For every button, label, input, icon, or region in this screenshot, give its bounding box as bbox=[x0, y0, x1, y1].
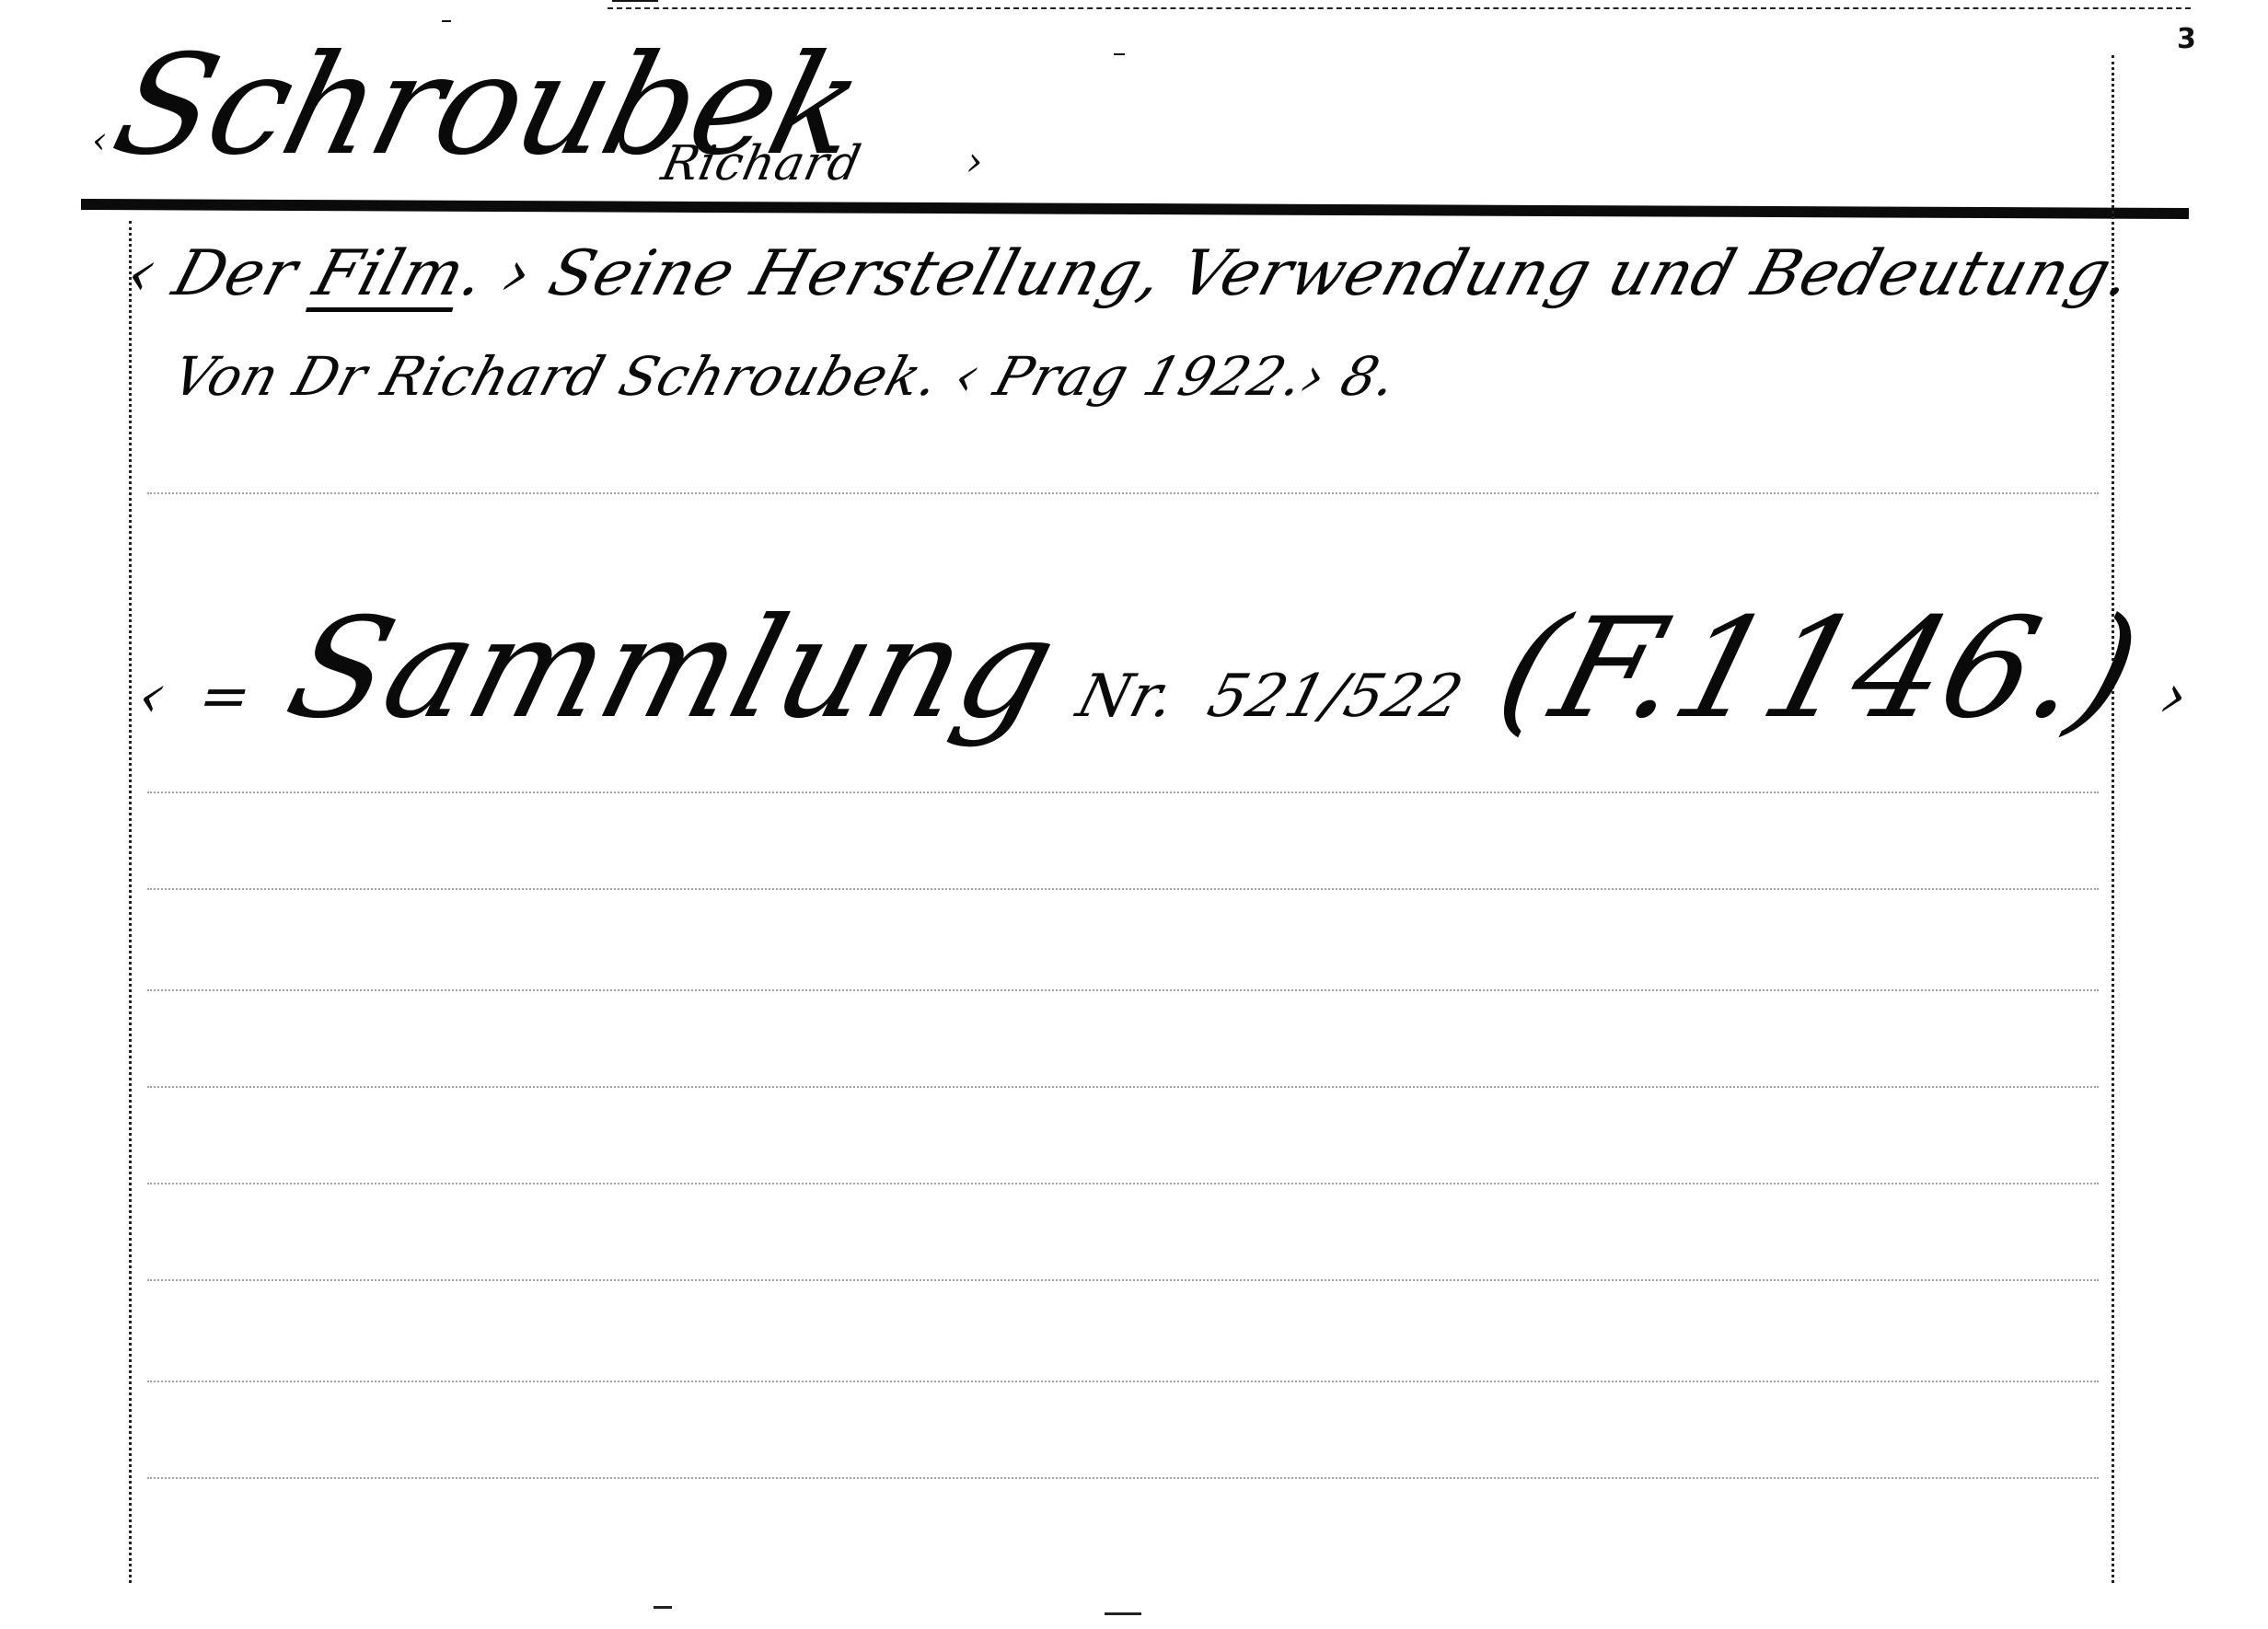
top-edge-dashes bbox=[607, 7, 2191, 9]
ruled-line bbox=[147, 1477, 2099, 1479]
imprint-statement: Von Dr Richard Schroubek. bbox=[166, 345, 947, 408]
title-main: Der bbox=[166, 237, 307, 310]
title-open-mark: ‹ bbox=[119, 237, 166, 310]
collection-label: Sammlung bbox=[272, 589, 1071, 749]
ruled-line bbox=[147, 888, 2099, 890]
title-main-underlined: Film bbox=[306, 237, 473, 310]
scan-speck bbox=[654, 1606, 672, 1609]
heading-rule bbox=[81, 199, 2189, 219]
collection-line: ‹ = Sammlung Nr. 521/522 (F.1146.) › bbox=[126, 589, 2216, 749]
title-close-mark: › bbox=[494, 237, 541, 310]
collection-shelfmark: (F.1146.) bbox=[1483, 589, 2155, 749]
heading-given-name: Richard bbox=[657, 136, 866, 191]
ruled-line bbox=[147, 492, 2099, 494]
scan-speck bbox=[442, 20, 451, 22]
corner-number-mark: 3 bbox=[2177, 23, 2196, 55]
collection-equals: = bbox=[191, 663, 260, 731]
collection-number: 521/522 bbox=[1201, 663, 1471, 731]
imprint-line: Von Dr Richard Schroubek. ‹ Prag 1922.› … bbox=[166, 345, 1405, 408]
scan-speck bbox=[1114, 53, 1125, 55]
collection-close-mark: › bbox=[2154, 663, 2196, 731]
ruled-line bbox=[147, 791, 2099, 793]
title-line: ‹ Der Film. › Seine Herstellung, Verwend… bbox=[119, 237, 2141, 310]
ruled-line bbox=[147, 1279, 2099, 1281]
collection-number-prefix: Nr. bbox=[1070, 663, 1184, 731]
scan-speck bbox=[1105, 1612, 1141, 1615]
ruled-line bbox=[147, 989, 2099, 991]
ruled-line bbox=[147, 1183, 2099, 1184]
title-subtitle: Seine Herstellung, Verwendung und Bedeut… bbox=[541, 237, 2141, 310]
left-border bbox=[129, 221, 132, 1583]
heading-open-mark: ‹ bbox=[92, 120, 108, 162]
heading-close-mark: › bbox=[966, 138, 984, 185]
ruled-line bbox=[147, 1086, 2099, 1088]
collection-open-mark: ‹ bbox=[131, 663, 173, 731]
imprint-place-year: ‹ Prag 1922.› 8. bbox=[947, 345, 1405, 408]
scan-speck bbox=[612, 0, 658, 2]
ruled-line bbox=[147, 1381, 2099, 1382]
catalog-card: 3 ‹ Schroubek Richard › ‹ Der Film. › Se… bbox=[0, 0, 2268, 1629]
